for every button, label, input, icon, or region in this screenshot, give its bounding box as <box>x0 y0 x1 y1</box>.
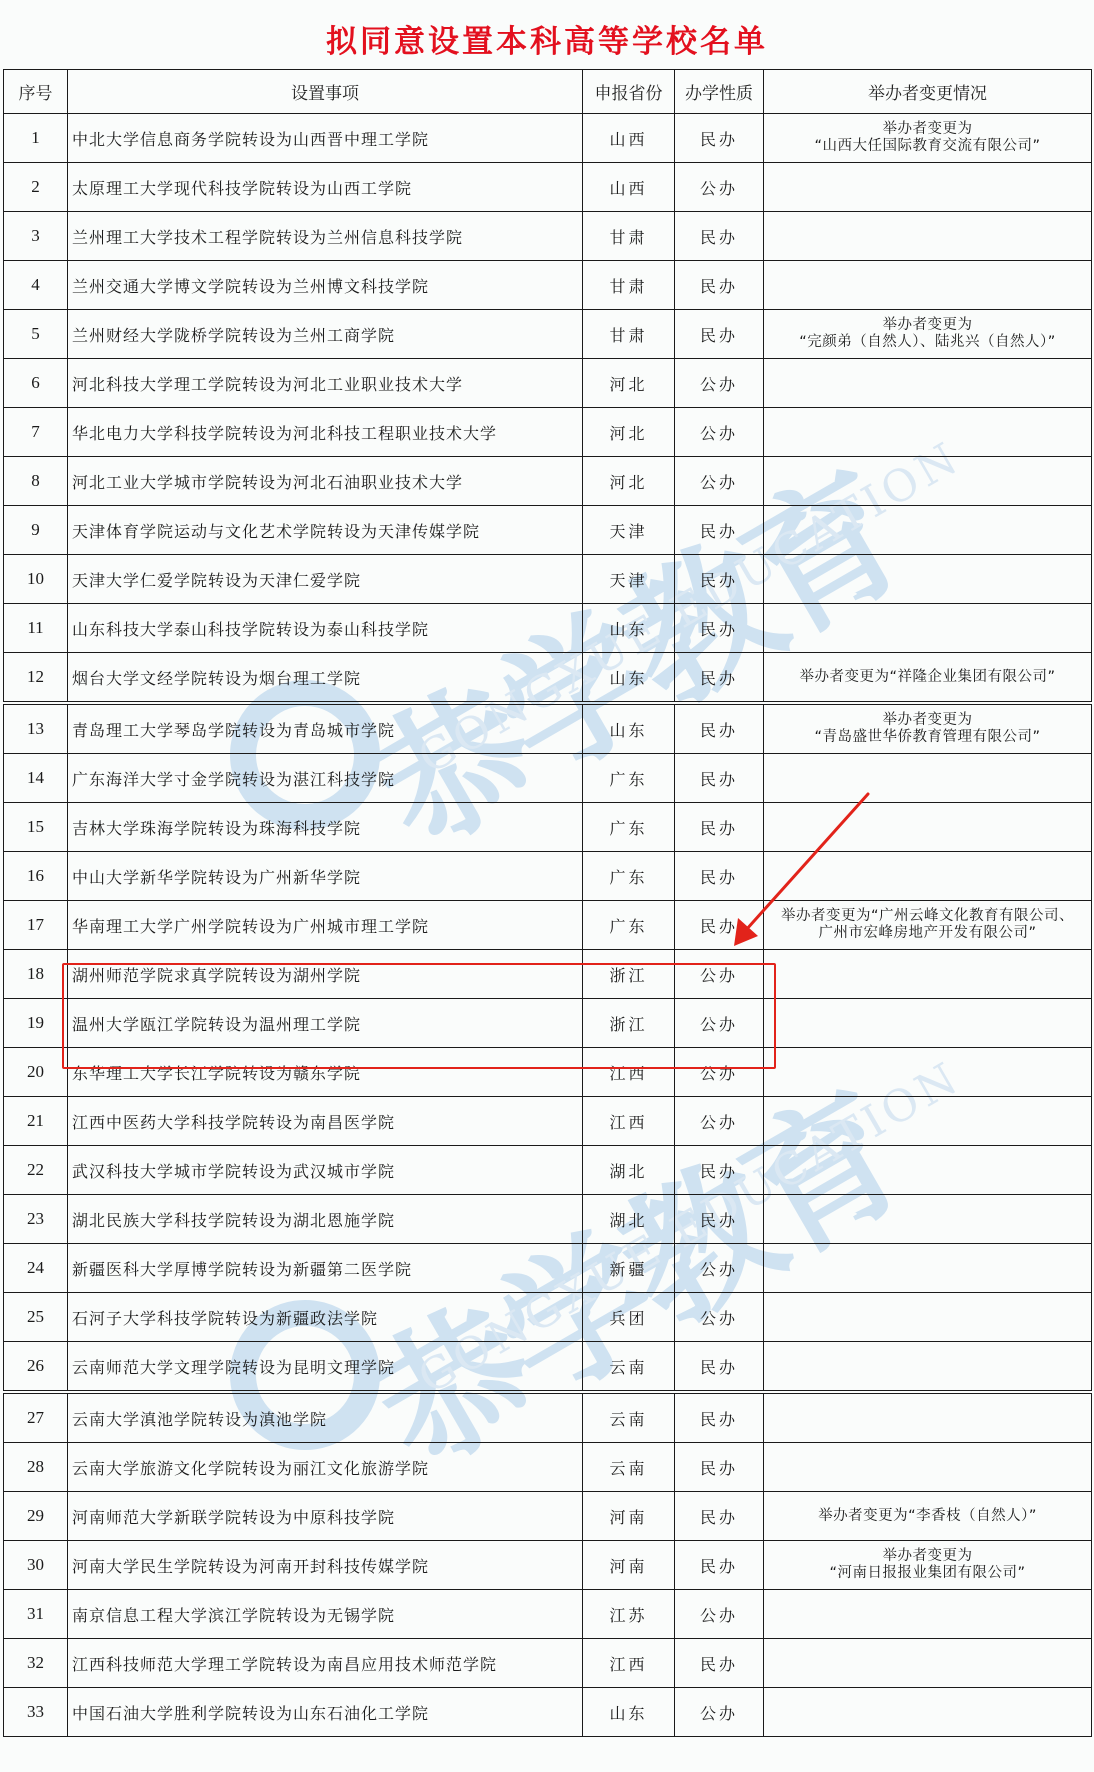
row-province: 江西 <box>583 1097 675 1146</box>
row-province: 云南 <box>583 1392 675 1443</box>
row-item: 新疆医科大学厚博学院转设为新疆第二医学院 <box>68 1244 583 1293</box>
row-number: 3 <box>4 212 68 261</box>
row-sponsor-change <box>764 1293 1092 1342</box>
row-type: 民办 <box>675 852 764 901</box>
header-province: 申报省份 <box>583 70 675 114</box>
table-row: 32江西科技师范大学理工学院转设为南昌应用技术师范学院江西民办 <box>4 1639 1092 1688</box>
highlight-box <box>62 963 776 1069</box>
row-sponsor-change <box>764 999 1092 1048</box>
row-type: 民办 <box>675 1541 764 1590</box>
row-sponsor-change: 举办者变更为“山西大任国际教育交流有限公司” <box>764 114 1092 163</box>
row-type: 公办 <box>675 1590 764 1639</box>
row-number: 13 <box>4 703 68 754</box>
header-item: 设置事项 <box>68 70 583 114</box>
table-row: 22武汉科技大学城市学院转设为武汉城市学院湖北民办 <box>4 1146 1092 1195</box>
row-type: 民办 <box>675 1342 764 1393</box>
row-province: 山西 <box>583 114 675 163</box>
sponsor-change-line: “河南日报报业集团有限公司” <box>764 1565 1091 1582</box>
row-sponsor-change <box>764 1244 1092 1293</box>
row-sponsor-change <box>764 1342 1092 1393</box>
row-sponsor-change <box>764 1195 1092 1244</box>
row-type: 民办 <box>675 1443 764 1492</box>
row-sponsor-change: 举办者变更为“青岛盛世华侨教育管理有限公司” <box>764 703 1092 754</box>
row-type: 民办 <box>675 703 764 754</box>
row-number: 26 <box>4 1342 68 1393</box>
row-number: 16 <box>4 852 68 901</box>
row-number: 31 <box>4 1590 68 1639</box>
row-item: 中北大学信息商务学院转设为山西晋中理工学院 <box>68 114 583 163</box>
sponsor-change-line: 举办者变更为 <box>764 121 1091 138</box>
row-number: 22 <box>4 1146 68 1195</box>
row-province: 天津 <box>583 555 675 604</box>
row-type: 民办 <box>675 212 764 261</box>
row-sponsor-change <box>764 408 1092 457</box>
row-item: 广东海洋大学寸金学院转设为湛江科技学院 <box>68 754 583 803</box>
row-type: 民办 <box>675 310 764 359</box>
row-type: 公办 <box>675 1293 764 1342</box>
row-province: 江苏 <box>583 1590 675 1639</box>
row-type: 民办 <box>675 653 764 704</box>
row-type: 民办 <box>675 114 764 163</box>
row-item: 云南大学旅游文化学院转设为丽江文化旅游学院 <box>68 1443 583 1492</box>
row-province: 湖北 <box>583 1195 675 1244</box>
row-type: 民办 <box>675 1392 764 1443</box>
row-type: 民办 <box>675 506 764 555</box>
row-number: 20 <box>4 1048 68 1097</box>
sponsor-change-line: “山西大任国际教育交流有限公司” <box>764 138 1091 155</box>
row-number: 10 <box>4 555 68 604</box>
row-sponsor-change <box>764 1688 1092 1737</box>
table-body: 1中北大学信息商务学院转设为山西晋中理工学院山西民办举办者变更为“山西大任国际教… <box>4 114 1092 1737</box>
row-item: 南京信息工程大学滨江学院转设为无锡学院 <box>68 1590 583 1639</box>
row-province: 山东 <box>583 703 675 754</box>
row-province: 河北 <box>583 457 675 506</box>
table-row: 13青岛理工大学琴岛学院转设为青岛城市学院山东民办举办者变更为“青岛盛世华侨教育… <box>4 703 1092 754</box>
row-province: 山东 <box>583 653 675 704</box>
table-row: 8河北工业大学城市学院转设为河北石油职业技术大学河北公办 <box>4 457 1092 506</box>
row-type: 公办 <box>675 408 764 457</box>
row-item: 河南师范大学新联学院转设为中原科技学院 <box>68 1492 583 1541</box>
row-number: 28 <box>4 1443 68 1492</box>
row-type: 公办 <box>675 1097 764 1146</box>
row-number: 6 <box>4 359 68 408</box>
row-item: 华南理工大学广州学院转设为广州城市理工学院 <box>68 901 583 950</box>
row-number: 8 <box>4 457 68 506</box>
row-type: 民办 <box>675 1492 764 1541</box>
row-type: 公办 <box>675 163 764 212</box>
row-number: 15 <box>4 803 68 852</box>
row-sponsor-change: 举办者变更为“广州云峰文化教育有限公司、广州市宏峰房地产开发有限公司” <box>764 901 1092 950</box>
row-number: 12 <box>4 653 68 704</box>
row-province: 山东 <box>583 604 675 653</box>
row-province: 兵团 <box>583 1293 675 1342</box>
row-item: 中国石油大学胜利学院转设为山东石油化工学院 <box>68 1688 583 1737</box>
row-item: 山东科技大学泰山科技学院转设为泰山科技学院 <box>68 604 583 653</box>
header-change: 举办者变更情况 <box>764 70 1092 114</box>
table-row: 23湖北民族大学科技学院转设为湖北恩施学院湖北民办 <box>4 1195 1092 1244</box>
row-sponsor-change <box>764 457 1092 506</box>
table-row: 2太原理工大学现代科技学院转设为山西工学院山西公办 <box>4 163 1092 212</box>
row-type: 民办 <box>675 261 764 310</box>
row-type: 民办 <box>675 1195 764 1244</box>
row-number: 7 <box>4 408 68 457</box>
row-province: 湖北 <box>583 1146 675 1195</box>
row-item: 天津体育学院运动与文化艺术学院转设为天津传媒学院 <box>68 506 583 555</box>
row-sponsor-change <box>764 261 1092 310</box>
table-row: 5兰州财经大学陇桥学院转设为兰州工商学院甘肃民办举办者变更为“完颜弟（自然人）、… <box>4 310 1092 359</box>
row-sponsor-change <box>764 506 1092 555</box>
row-item: 烟台大学文经学院转设为烟台理工学院 <box>68 653 583 704</box>
row-item: 江西中医药大学科技学院转设为南昌医学院 <box>68 1097 583 1146</box>
row-item: 兰州财经大学陇桥学院转设为兰州工商学院 <box>68 310 583 359</box>
row-item: 吉林大学珠海学院转设为珠海科技学院 <box>68 803 583 852</box>
table-row: 33中国石油大学胜利学院转设为山东石油化工学院山东公办 <box>4 1688 1092 1737</box>
table-row: 6河北科技大学理工学院转设为河北工业职业技术大学河北公办 <box>4 359 1092 408</box>
row-number: 5 <box>4 310 68 359</box>
table-row: 27云南大学滇池学院转设为滇池学院云南民办 <box>4 1392 1092 1443</box>
row-province: 天津 <box>583 506 675 555</box>
table-row: 4兰州交通大学博文学院转设为兰州博文科技学院甘肃民办 <box>4 261 1092 310</box>
row-item: 云南大学滇池学院转设为滇池学院 <box>68 1392 583 1443</box>
row-sponsor-change <box>764 1590 1092 1639</box>
row-number: 32 <box>4 1639 68 1688</box>
row-number: 19 <box>4 999 68 1048</box>
table-row: 9天津体育学院运动与文化艺术学院转设为天津传媒学院天津民办 <box>4 506 1092 555</box>
row-number: 23 <box>4 1195 68 1244</box>
sponsor-change-line: 举办者变更为 <box>764 712 1091 729</box>
row-sponsor-change: 举办者变更为“祥隆企业集团有限公司” <box>764 653 1092 704</box>
row-number: 17 <box>4 901 68 950</box>
row-type: 公办 <box>675 457 764 506</box>
row-number: 29 <box>4 1492 68 1541</box>
row-province: 河南 <box>583 1492 675 1541</box>
table-row: 14广东海洋大学寸金学院转设为湛江科技学院广东民办 <box>4 754 1092 803</box>
table-row: 29河南师范大学新联学院转设为中原科技学院河南民办举办者变更为“李香枝（自然人）… <box>4 1492 1092 1541</box>
row-item: 太原理工大学现代科技学院转设为山西工学院 <box>68 163 583 212</box>
row-item: 河北工业大学城市学院转设为河北石油职业技术大学 <box>68 457 583 506</box>
row-type: 民办 <box>675 754 764 803</box>
row-number: 2 <box>4 163 68 212</box>
row-item: 石河子大学科技学院转设为新疆政法学院 <box>68 1293 583 1342</box>
row-province: 山西 <box>583 163 675 212</box>
row-item: 云南师范大学文理学院转设为昆明文理学院 <box>68 1342 583 1393</box>
table-row: 28云南大学旅游文化学院转设为丽江文化旅游学院云南民办 <box>4 1443 1092 1492</box>
row-number: 14 <box>4 754 68 803</box>
row-province: 江西 <box>583 1639 675 1688</box>
sponsor-change-line: 举办者变更为“李香枝（自然人）” <box>764 1508 1091 1525</box>
row-type: 公办 <box>675 1244 764 1293</box>
table-row: 24新疆医科大学厚博学院转设为新疆第二医学院新疆公办 <box>4 1244 1092 1293</box>
row-type: 民办 <box>675 555 764 604</box>
table-row: 16中山大学新华学院转设为广州新华学院广东民办 <box>4 852 1092 901</box>
row-sponsor-change: 举办者变更为“完颜弟（自然人）、陆兆兴（自然人）” <box>764 310 1092 359</box>
row-province: 广东 <box>583 803 675 852</box>
row-sponsor-change: 举办者变更为“河南日报报业集团有限公司” <box>764 1541 1092 1590</box>
table-row: 15吉林大学珠海学院转设为珠海科技学院广东民办 <box>4 803 1092 852</box>
row-sponsor-change: 举办者变更为“李香枝（自然人）” <box>764 1492 1092 1541</box>
table-row: 31南京信息工程大学滨江学院转设为无锡学院江苏公办 <box>4 1590 1092 1639</box>
row-province: 山东 <box>583 1688 675 1737</box>
table-row: 17华南理工大学广州学院转设为广州城市理工学院广东民办举办者变更为“广州云峰文化… <box>4 901 1092 950</box>
row-province: 广东 <box>583 754 675 803</box>
sponsor-change-line: 广州市宏峰房地产开发有限公司” <box>764 925 1091 942</box>
row-sponsor-change <box>764 163 1092 212</box>
row-number: 24 <box>4 1244 68 1293</box>
row-number: 33 <box>4 1688 68 1737</box>
row-province: 新疆 <box>583 1244 675 1293</box>
row-type: 民办 <box>675 803 764 852</box>
row-type: 公办 <box>675 1688 764 1737</box>
header-type: 办学性质 <box>675 70 764 114</box>
row-sponsor-change <box>764 1048 1092 1097</box>
table-row: 12烟台大学文经学院转设为烟台理工学院山东民办举办者变更为“祥隆企业集团有限公司… <box>4 653 1092 704</box>
row-sponsor-change <box>764 604 1092 653</box>
row-number: 30 <box>4 1541 68 1590</box>
row-item: 兰州理工大学技术工程学院转设为兰州信息科技学院 <box>68 212 583 261</box>
sponsor-change-line: 举办者变更为“广州云峰文化教育有限公司、 <box>764 908 1091 925</box>
table-row: 7华北电力大学科技学院转设为河北科技工程职业技术大学河北公办 <box>4 408 1092 457</box>
row-sponsor-change <box>764 555 1092 604</box>
table-row: 25石河子大学科技学院转设为新疆政法学院兵团公办 <box>4 1293 1092 1342</box>
row-province: 甘肃 <box>583 261 675 310</box>
row-sponsor-change <box>764 950 1092 999</box>
row-item: 河北科技大学理工学院转设为河北工业职业技术大学 <box>68 359 583 408</box>
row-item: 中山大学新华学院转设为广州新华学院 <box>68 852 583 901</box>
row-sponsor-change <box>764 1097 1092 1146</box>
page-title: 拟同意设置本科高等学校名单 <box>0 22 1094 62</box>
row-number: 27 <box>4 1392 68 1443</box>
row-province: 河北 <box>583 408 675 457</box>
row-item: 江西科技师范大学理工学院转设为南昌应用技术师范学院 <box>68 1639 583 1688</box>
table-row: 1中北大学信息商务学院转设为山西晋中理工学院山西民办举办者变更为“山西大任国际教… <box>4 114 1092 163</box>
row-number: 18 <box>4 950 68 999</box>
row-sponsor-change <box>764 1639 1092 1688</box>
row-number: 25 <box>4 1293 68 1342</box>
table-row: 10天津大学仁爱学院转设为天津仁爱学院天津民办 <box>4 555 1092 604</box>
table-row: 21江西中医药大学科技学院转设为南昌医学院江西公办 <box>4 1097 1092 1146</box>
row-province: 甘肃 <box>583 212 675 261</box>
row-number: 4 <box>4 261 68 310</box>
sponsor-change-line: 举办者变更为 <box>764 1548 1091 1565</box>
row-province: 云南 <box>583 1443 675 1492</box>
row-number: 9 <box>4 506 68 555</box>
row-sponsor-change <box>764 803 1092 852</box>
table-row: 11山东科技大学泰山科技学院转设为泰山科技学院山东民办 <box>4 604 1092 653</box>
row-type: 民办 <box>675 901 764 950</box>
row-number: 1 <box>4 114 68 163</box>
row-item: 青岛理工大学琴岛学院转设为青岛城市学院 <box>68 703 583 754</box>
row-item: 湖北民族大学科技学院转设为湖北恩施学院 <box>68 1195 583 1244</box>
schools-table: 序号 设置事项 申报省份 办学性质 举办者变更情况 1中北大学信息商务学院转设为… <box>3 69 1092 1737</box>
row-sponsor-change <box>764 1392 1092 1443</box>
row-type: 民办 <box>675 1146 764 1195</box>
row-type: 公办 <box>675 359 764 408</box>
sponsor-change-line: “青岛盛世华侨教育管理有限公司” <box>764 729 1091 746</box>
row-province: 广东 <box>583 852 675 901</box>
sponsor-change-line: 举办者变更为 <box>764 317 1091 334</box>
row-sponsor-change <box>764 212 1092 261</box>
sponsor-change-line: 举办者变更为“祥隆企业集团有限公司” <box>764 669 1091 686</box>
row-province: 云南 <box>583 1342 675 1393</box>
row-item: 武汉科技大学城市学院转设为武汉城市学院 <box>68 1146 583 1195</box>
row-sponsor-change <box>764 852 1092 901</box>
row-province: 甘肃 <box>583 310 675 359</box>
row-sponsor-change <box>764 359 1092 408</box>
row-sponsor-change <box>764 1146 1092 1195</box>
row-item: 兰州交通大学博文学院转设为兰州博文科技学院 <box>68 261 583 310</box>
row-type: 民办 <box>675 1639 764 1688</box>
table-row: 3兰州理工大学技术工程学院转设为兰州信息科技学院甘肃民办 <box>4 212 1092 261</box>
row-sponsor-change <box>764 1443 1092 1492</box>
table-header-row: 序号 设置事项 申报省份 办学性质 举办者变更情况 <box>4 70 1092 114</box>
row-type: 民办 <box>675 604 764 653</box>
header-no: 序号 <box>4 70 68 114</box>
row-number: 21 <box>4 1097 68 1146</box>
row-item: 河南大学民生学院转设为河南开封科技传媒学院 <box>68 1541 583 1590</box>
table-row: 26云南师范大学文理学院转设为昆明文理学院云南民办 <box>4 1342 1092 1393</box>
sponsor-change-line: “完颜弟（自然人）、陆兆兴（自然人）” <box>764 334 1091 351</box>
row-item: 华北电力大学科技学院转设为河北科技工程职业技术大学 <box>68 408 583 457</box>
row-province: 河北 <box>583 359 675 408</box>
table-row: 30河南大学民生学院转设为河南开封科技传媒学院河南民办举办者变更为“河南日报报业… <box>4 1541 1092 1590</box>
row-sponsor-change <box>764 754 1092 803</box>
row-province: 广东 <box>583 901 675 950</box>
row-province: 河南 <box>583 1541 675 1590</box>
row-item: 天津大学仁爱学院转设为天津仁爱学院 <box>68 555 583 604</box>
row-number: 11 <box>4 604 68 653</box>
